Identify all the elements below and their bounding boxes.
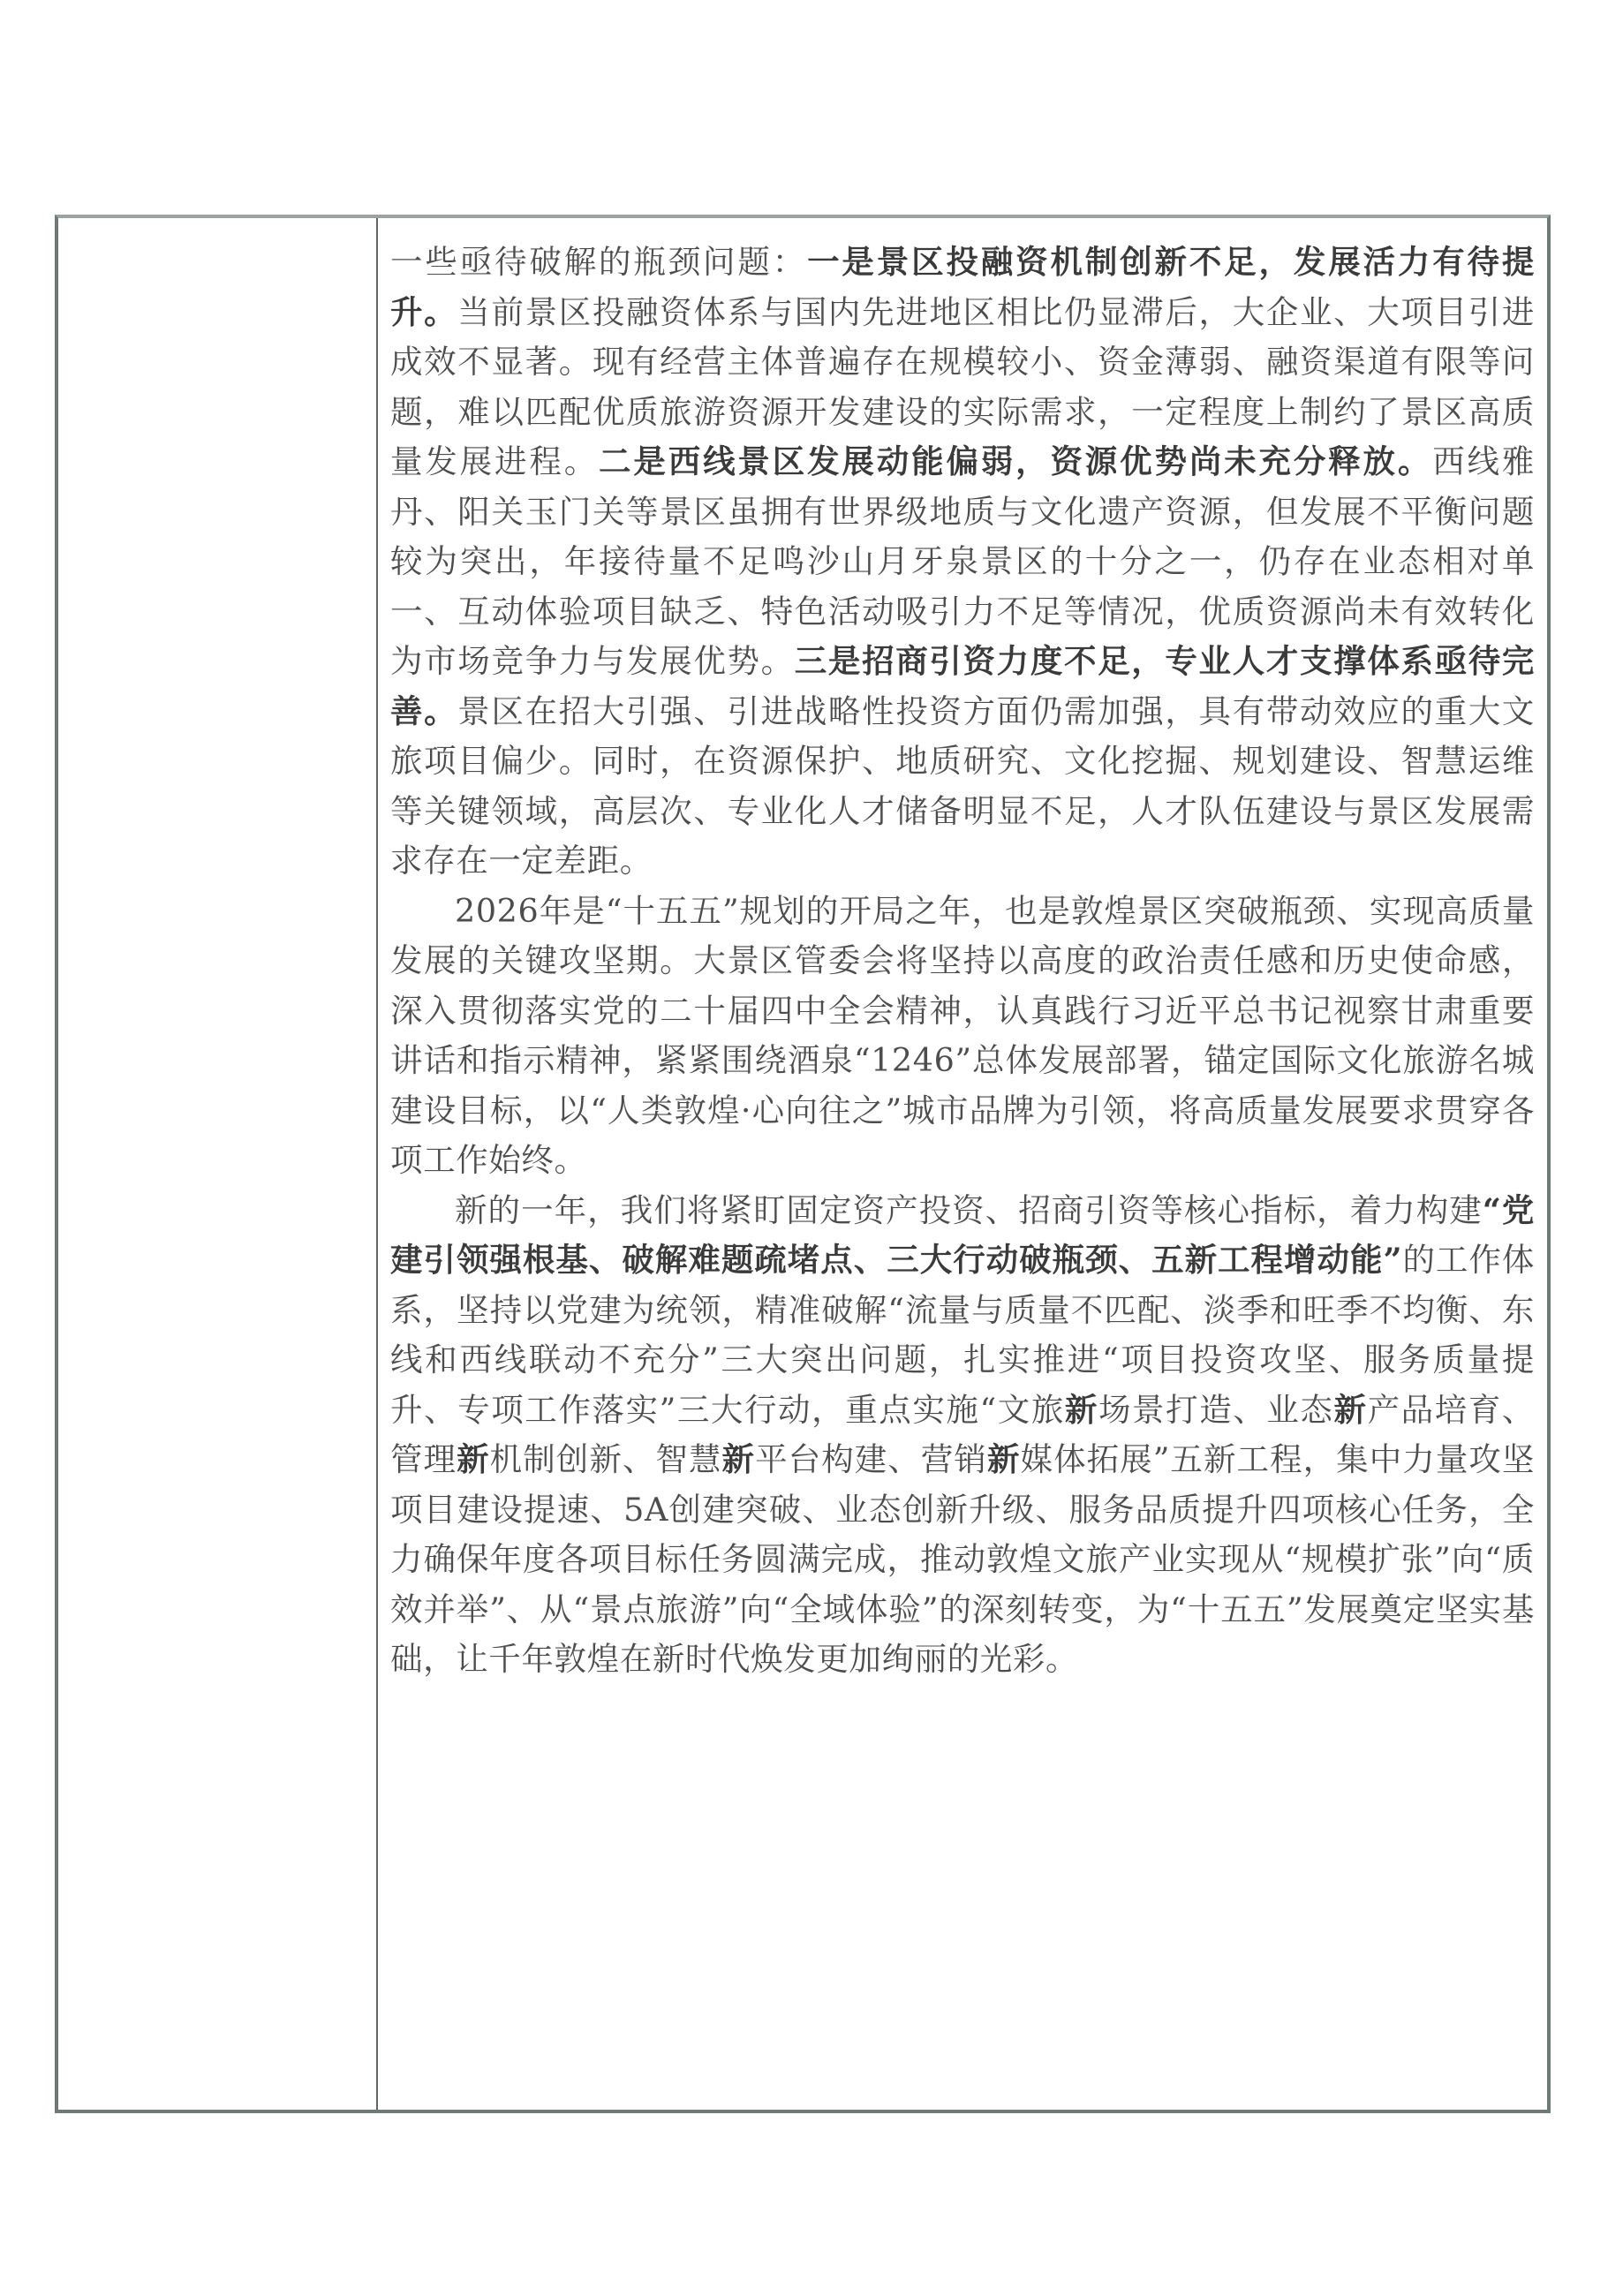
body-text: 景区在招大引强、引进战略性投资方面仍需加强，具有带动效应的重大文旅项目偏少。同时… bbox=[390, 692, 1535, 880]
paragraph-new-year-plan: 新的一年，我们将紧盯固定资产投资、招商引资等核心指标，着力构建“党建引领强根基、… bbox=[390, 1186, 1535, 1685]
emphasis-text: 新 bbox=[722, 1440, 756, 1478]
emphasis-text: 新 bbox=[987, 1440, 1021, 1478]
body-text: 平台构建、营销 bbox=[755, 1440, 987, 1478]
body-text: 2026年是“十五五”规划的开局之年，也是敦煌景区突破瓶颈、实现高质量发展的关键… bbox=[390, 892, 1535, 1180]
emphasis-text: 新 bbox=[457, 1440, 490, 1478]
body-text: 机制创新、智慧 bbox=[490, 1440, 722, 1478]
body-text: 一些亟待破解的瓶颈问题： bbox=[390, 243, 807, 281]
emphasis-text: 新 bbox=[1334, 1391, 1368, 1429]
emphasis-text: 二是西线景区发展动能偏弱，资源优势尚未充分释放。 bbox=[599, 442, 1432, 480]
body-text: 场景打造、业态 bbox=[1098, 1391, 1334, 1429]
emphasis-text: 新 bbox=[1065, 1391, 1098, 1429]
body-text: 新的一年，我们将紧盯固定资产投资、招商引资等核心指标，着力构建 bbox=[455, 1191, 1483, 1229]
paragraph-bottlenecks: 一些亟待破解的瓶颈问题：一是景区投融资机制创新不足，发展活力有待提升。当前景区投… bbox=[390, 238, 1535, 887]
paragraph-2026-outlook: 2026年是“十五五”规划的开局之年，也是敦煌景区突破瓶颈、实现高质量发展的关键… bbox=[390, 887, 1535, 1186]
table-right-cell: 一些亟待破解的瓶颈问题：一是景区投融资机制创新不足，发展活力有待提升。当前景区投… bbox=[378, 218, 1547, 2110]
table-left-cell bbox=[58, 218, 378, 2110]
document-table: 一些亟待破解的瓶颈问题：一是景区投融资机制创新不足，发展活力有待提升。当前景区投… bbox=[55, 215, 1551, 2113]
